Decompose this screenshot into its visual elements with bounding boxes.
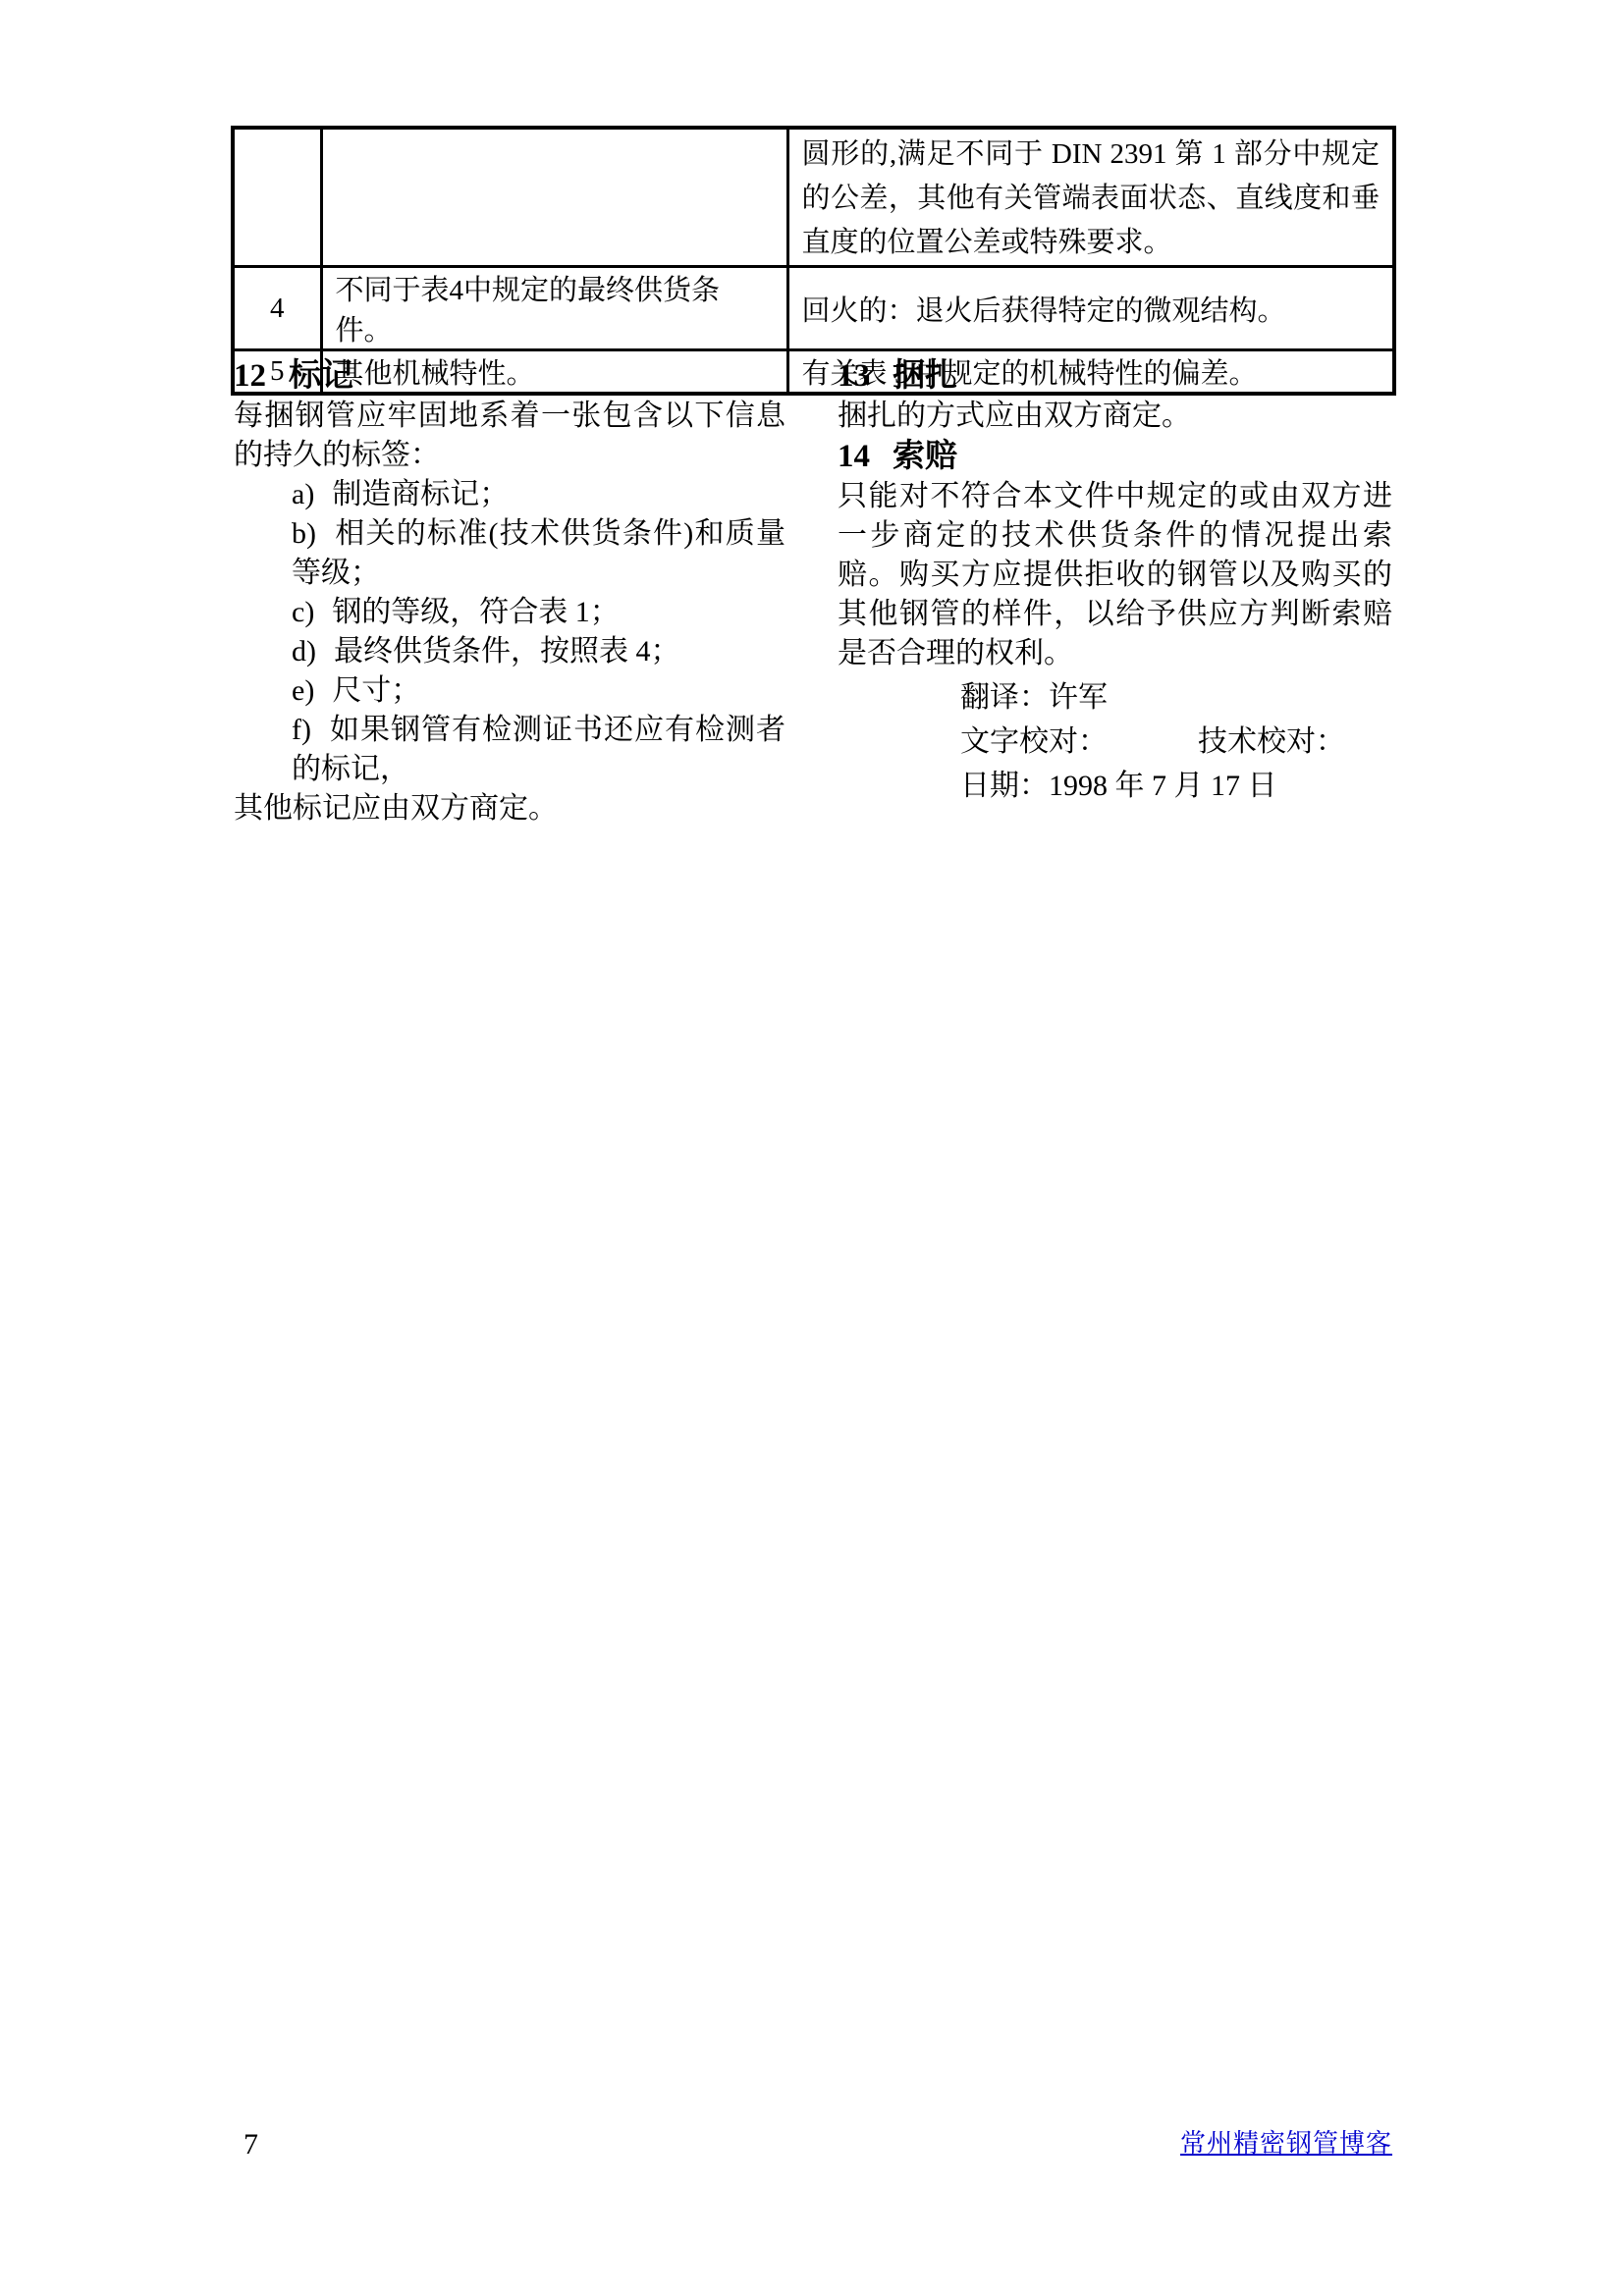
table-cell-number (233, 128, 321, 267)
list-text: 钢的等级，符合表 1； (332, 596, 620, 628)
proofread-line: 文字校对：技术校对： (960, 720, 1392, 764)
list-item-d: d)最终供货条件，按照表 4； (292, 632, 785, 671)
list-marker: a) (292, 478, 314, 510)
table-cell-condition: 不同于表4中规定的最终供货条件。 (321, 267, 787, 350)
claims-body: 只能对不符合本文件中规定的或由双方进一步商定的技术供货条件的情况提出索赔。购买方… (838, 477, 1392, 673)
table-cell-condition (321, 128, 787, 267)
list-marker: f) (292, 714, 311, 746)
section-number: 12 (234, 355, 289, 397)
section-12-heading: 12标记 (234, 355, 785, 397)
section-number: 14 (838, 436, 893, 477)
section-14-heading: 14索赔 (838, 436, 1392, 477)
section-title: 捆扎 (893, 358, 957, 394)
list-text: 最终供货条件，按照表 4； (334, 635, 680, 667)
marking-outro: 其他标记应由双方商定。 (234, 789, 785, 828)
list-text: 制造商标记； (332, 478, 509, 510)
list-item-c: c)钢的等级，符合表 1； (292, 593, 785, 632)
translator-line: 翻译：许军 (960, 675, 1392, 720)
list-marker: b) (292, 517, 316, 550)
marking-intro: 每捆钢管应牢固地系着一张包含以下信息的持久的标签： (234, 397, 785, 475)
list-item-f: f)如果钢管有检测证书还应有检测者的标记， (292, 711, 785, 789)
list-item-e: e)尺寸； (292, 671, 785, 711)
text-proof-label: 文字校对： (960, 725, 1108, 758)
list-marker: c) (292, 596, 314, 628)
list-item-b: b)相关的标准(技术供货条件)和质量等级； (292, 514, 785, 593)
signature-block: 翻译：许军 文字校对：技术校对： 日期：1998 年 7 月 17 日 (960, 675, 1392, 808)
bundling-body: 捆扎的方式应由双方商定。 (838, 397, 1392, 436)
left-column: 12标记 每捆钢管应牢固地系着一张包含以下信息的持久的标签： a)制造商标记； … (234, 355, 785, 828)
list-marker: d) (292, 635, 316, 667)
list-text: 尺寸； (332, 674, 420, 707)
section-title: 标记 (289, 358, 353, 394)
section-number: 13 (838, 355, 893, 397)
table-cell-description: 回火的：退火后获得特定的微观结构。 (787, 267, 1394, 350)
table-row: 4 不同于表4中规定的最终供货条件。 回火的：退火后获得特定的微观结构。 (233, 267, 1394, 350)
list-text: 如果钢管有检测证书还应有检测者的标记， (292, 714, 785, 785)
list-item-a: a)制造商标记； (292, 475, 785, 514)
page-number: 7 (244, 2128, 258, 2162)
date-line: 日期：1998 年 7 月 17 日 (960, 764, 1392, 808)
footer-blog-link[interactable]: 常州精密钢管博客 (1180, 2128, 1392, 2160)
table-cell-number: 4 (233, 267, 321, 350)
table-row: 圆形的,满足不同于 DIN 2391 第 1 部分中规定的公差，其他有关管端表面… (233, 128, 1394, 267)
tech-proof-label: 技术校对： (1198, 725, 1345, 758)
section-title: 索赔 (893, 439, 957, 474)
list-marker: e) (292, 674, 314, 707)
document-page: 圆形的,满足不同于 DIN 2391 第 1 部分中规定的公差，其他有关管端表面… (0, 0, 1624, 2296)
section-13-heading: 13捆扎 (838, 355, 1392, 397)
right-column: 13捆扎 捆扎的方式应由双方商定。 14索赔 只能对不符合本文件中规定的或由双方… (838, 355, 1392, 808)
table-cell-description: 圆形的,满足不同于 DIN 2391 第 1 部分中规定的公差，其他有关管端表面… (787, 128, 1394, 267)
list-text: 相关的标准(技术供货条件)和质量等级； (292, 517, 785, 589)
